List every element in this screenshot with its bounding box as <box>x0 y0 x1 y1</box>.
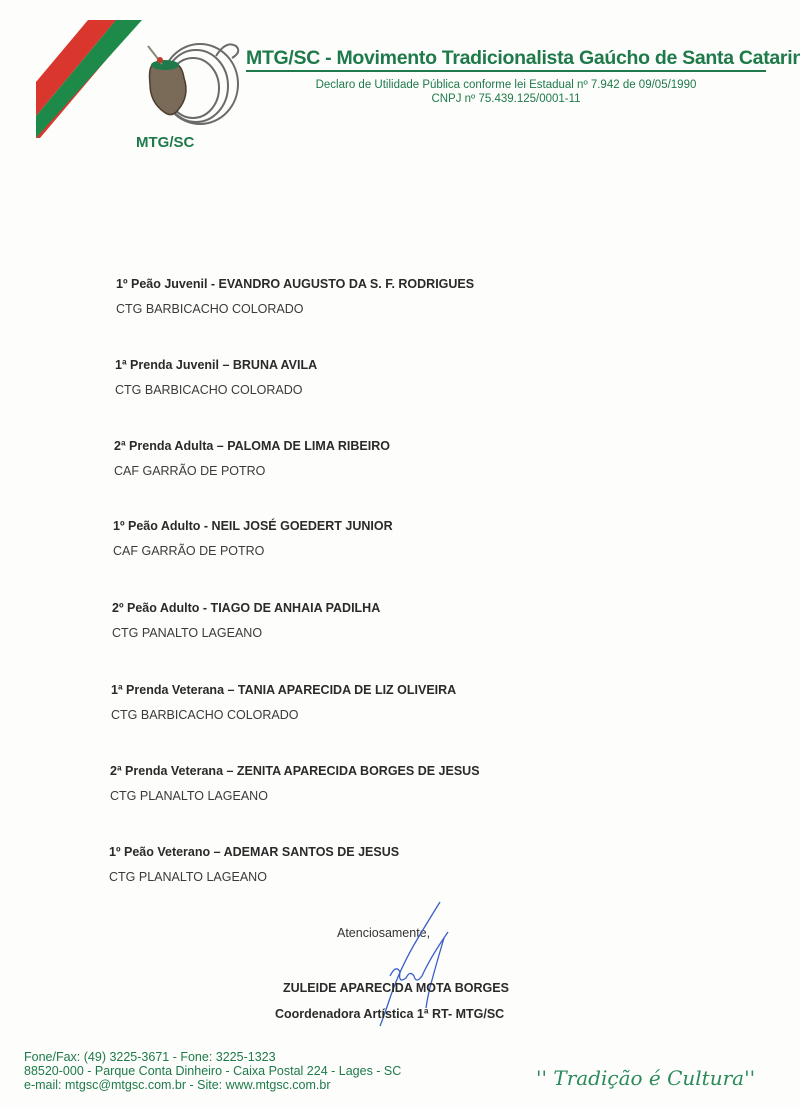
logo-caption: MTG/SC <box>136 134 194 151</box>
organization-declaration: Declaro de Utilidade Pública conforme le… <box>246 78 766 106</box>
cnpj-line: CNPJ nº 75.439.125/0001-11 <box>246 92 766 106</box>
footer-phones: Fone/Fax: (49) 3225-3671 - Fone: 3225-13… <box>24 1050 401 1064</box>
entry-title: 2º Peão Adulto - TIAGO DE ANHAIA PADILHA <box>112 600 380 616</box>
list-item: 2º Peão Adulto - TIAGO DE ANHAIA PADILHA… <box>112 600 380 641</box>
entry-club: CTG PLANALTO LAGEANO <box>109 869 399 885</box>
footer-contact: Fone/Fax: (49) 3225-3671 - Fone: 3225-13… <box>24 1050 401 1092</box>
entry-title: 2ª Prenda Veterana – ZENITA APARECIDA BO… <box>110 763 480 779</box>
entry-club: CTG PANALTO LAGEANO <box>112 625 380 641</box>
list-item: 2ª Prenda Adulta – PALOMA DE LIMA RIBEIR… <box>114 438 390 479</box>
entry-club: CTG BARBICACHO COLORADO <box>111 707 456 723</box>
entry-title: 1º Peão Juvenil - EVANDRO AUGUSTO DA S. … <box>116 276 474 292</box>
entry-club: CTG BARBICACHO COLORADO <box>116 301 474 317</box>
list-item: 2ª Prenda Veterana – ZENITA APARECIDA BO… <box>110 763 480 804</box>
entry-title: 1º Peão Veterano – ADEMAR SANTOS DE JESU… <box>109 844 399 860</box>
entry-club: CAF GARRÃO DE POTRO <box>113 543 393 559</box>
signer-role: Coordenadora Artística 1ª RT- MTG/SC <box>275 1007 504 1021</box>
entry-title: 1ª Prenda Veterana – TANIA APARECIDA DE … <box>111 682 456 698</box>
list-item: 1º Peão Adulto - NEIL JOSÉ GOEDERT JUNIO… <box>113 518 393 559</box>
signer-name: ZULEIDE APARECIDA MOTA BORGES <box>283 981 509 995</box>
entry-title: 1º Peão Adulto - NEIL JOSÉ GOEDERT JUNIO… <box>113 518 393 534</box>
logo-mate-gourd-icon <box>128 36 246 126</box>
list-item: 1º Peão Juvenil - EVANDRO AUGUSTO DA S. … <box>116 276 474 317</box>
list-item: 1ª Prenda Juvenil – BRUNA AVILA CTG BARB… <box>115 357 317 398</box>
list-item: 1ª Prenda Veterana – TANIA APARECIDA DE … <box>111 682 456 723</box>
declaration-line: Declaro de Utilidade Pública conforme le… <box>246 78 766 92</box>
entry-title: 1ª Prenda Juvenil – BRUNA AVILA <box>115 357 317 373</box>
list-item: 1º Peão Veterano – ADEMAR SANTOS DE JESU… <box>109 844 399 885</box>
footer-address: 88520-000 - Parque Conta Dinheiro - Caix… <box>24 1064 401 1078</box>
footer-motto: '' Tradição é Cultura'' <box>536 1066 755 1090</box>
entry-club: CTG BARBICACHO COLORADO <box>115 382 317 398</box>
entry-title: 2ª Prenda Adulta – PALOMA DE LIMA RIBEIR… <box>114 438 390 454</box>
entry-club: CAF GARRÃO DE POTRO <box>114 463 390 479</box>
footer-email-site: e-mail: mtgsc@mtgsc.com.br - Site: www.m… <box>24 1078 401 1092</box>
organization-title: MTG/SC - Movimento Tradicionalista Gaúch… <box>246 46 766 72</box>
entry-club: CTG PLANALTO LAGEANO <box>110 788 480 804</box>
